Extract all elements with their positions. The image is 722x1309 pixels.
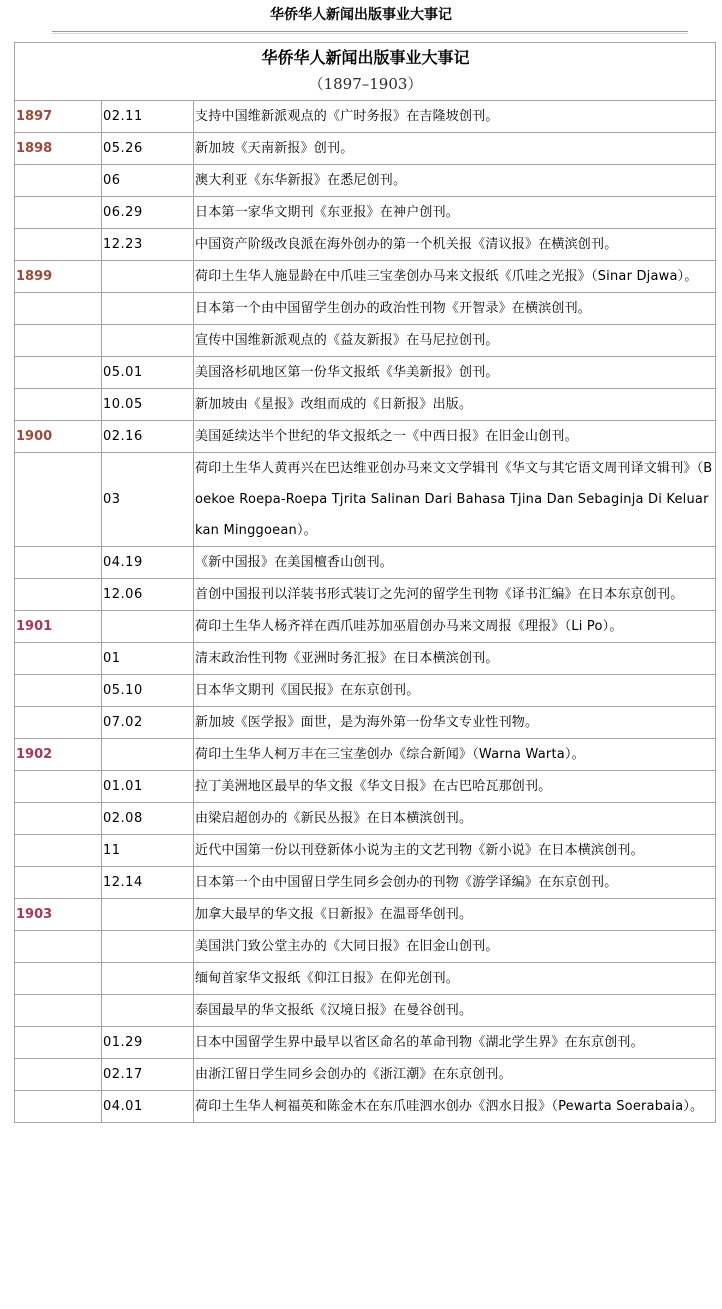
date-cell — [102, 739, 194, 771]
year-cell: 1900 — [15, 421, 102, 453]
event-cell: 日本第一家华文期刊《东亚报》在神户创刊。 — [194, 197, 716, 229]
event-cell: 荷印土生华人柯福英和陈金木在东爪哇泗水创办《泗水日报》（Pewarta Soer… — [194, 1091, 716, 1123]
title-divider — [52, 31, 688, 34]
date-cell: 10.05 — [102, 389, 194, 421]
table-row: 06.29日本第一家华文期刊《东亚报》在神户创刊。 — [15, 197, 716, 229]
date-cell: 06 — [102, 165, 194, 197]
table-row: 04.01荷印土生华人柯福英和陈金木在东爪哇泗水创办《泗水日报》（Pewarta… — [15, 1091, 716, 1123]
year-cell — [15, 453, 102, 547]
date-cell — [102, 995, 194, 1027]
date-cell: 03 — [102, 453, 194, 547]
year-cell — [15, 229, 102, 261]
event-cell: 缅甸首家华文报纸《仰江日报》在仰光创刊。 — [194, 963, 716, 995]
event-cell: 荷印土生华人杨齐祥在西爪哇苏加巫眉创办马来文周报《理报》（Li Po）。 — [194, 611, 716, 643]
date-cell — [102, 261, 194, 293]
year-cell — [15, 1091, 102, 1123]
table-row: 07.02新加坡《医学报》面世，是为海外第一份华文专业性刊物。 — [15, 707, 716, 739]
table-row: 03荷印土生华人黄再兴在巴达维亚创办马来文文学辑刊《华文与其它语文周刊译文辑刊》… — [15, 453, 716, 547]
date-cell — [102, 963, 194, 995]
year-cell — [15, 325, 102, 357]
year-cell — [15, 963, 102, 995]
table-row: 06澳大利亚《东华新报》在悉尼创刊。 — [15, 165, 716, 197]
date-cell: 11 — [102, 835, 194, 867]
event-cell: 由浙江留日学生同乡会创办的《浙江潮》在东京创刊。 — [194, 1059, 716, 1091]
event-cell: 宣传中国维新派观点的《益友新报》在马尼拉创刊。 — [194, 325, 716, 357]
table-row: 泰国最早的华文报纸《汉境日报》在曼谷创刊。 — [15, 995, 716, 1027]
year-cell — [15, 357, 102, 389]
table-header-row: 华侨华人新闻出版事业大事记 （1897–1903） — [15, 43, 716, 101]
date-cell: 05.26 — [102, 133, 194, 165]
year-cell — [15, 867, 102, 899]
year-cell — [15, 803, 102, 835]
table-row: 11近代中国第一份以刊登新体小说为主的文艺刊物《新小说》在日本横滨创刊。 — [15, 835, 716, 867]
event-cell: 美国延续达半个世纪的华文报纸之一《中西日报》在旧金山创刊。 — [194, 421, 716, 453]
date-cell: 05.10 — [102, 675, 194, 707]
table-row: 05.10日本华文期刊《国民报》在东京创刊。 — [15, 675, 716, 707]
table-row: 189702.11支持中国维新派观点的《广时务报》在吉隆坡创刊。 — [15, 101, 716, 133]
event-cell: 清末政治性刊物《亚洲时务汇报》在日本横滨创刊。 — [194, 643, 716, 675]
year-cell: 1903 — [15, 899, 102, 931]
date-cell: 04.01 — [102, 1091, 194, 1123]
chronicle-table: 华侨华人新闻出版事业大事记 （1897–1903） 189702.11支持中国维… — [14, 42, 716, 1123]
event-cell: 新加坡《医学报》面世，是为海外第一份华文专业性刊物。 — [194, 707, 716, 739]
event-cell: 美国洪门致公堂主办的《大同日报》在旧金山创刊。 — [194, 931, 716, 963]
date-cell — [102, 325, 194, 357]
date-cell: 02.16 — [102, 421, 194, 453]
year-cell: 1898 — [15, 133, 102, 165]
table-row: 189805.26新加坡《天南新报》创刊。 — [15, 133, 716, 165]
date-cell — [102, 293, 194, 325]
year-cell — [15, 197, 102, 229]
year-cell — [15, 995, 102, 1027]
date-cell — [102, 899, 194, 931]
date-cell: 12.14 — [102, 867, 194, 899]
event-cell: 由梁启超创办的《新民丛报》在日本横滨创刊。 — [194, 803, 716, 835]
event-cell: 荷印土生华人柯万丰在三宝垄创办《综合新闻》（Warna Warta）。 — [194, 739, 716, 771]
year-cell: 1902 — [15, 739, 102, 771]
event-cell: 荷印土生华人黄再兴在巴达维亚创办马来文文学辑刊《华文与其它语文周刊译文辑刊》（B… — [194, 453, 716, 547]
table-row: 02.08由梁启超创办的《新民丛报》在日本横滨创刊。 — [15, 803, 716, 835]
table-row: 1901荷印土生华人杨齐祥在西爪哇苏加巫眉创办马来文周报《理报》（Li Po）。 — [15, 611, 716, 643]
event-cell: 日本第一个由中国留日学生同乡会创办的刊物《游学译编》在东京创刊。 — [194, 867, 716, 899]
event-cell: 日本华文期刊《国民报》在东京创刊。 — [194, 675, 716, 707]
year-cell — [15, 707, 102, 739]
event-cell: 首创中国报刊以洋装书形式装订之先河的留学生刊物《译书汇编》在日本东京创刊。 — [194, 579, 716, 611]
year-cell — [15, 643, 102, 675]
date-cell: 02.11 — [102, 101, 194, 133]
date-cell: 12.23 — [102, 229, 194, 261]
year-cell — [15, 165, 102, 197]
year-cell: 1901 — [15, 611, 102, 643]
page-title: 华侨华人新闻出版事业大事记 — [0, 5, 722, 25]
table-title: 华侨华人新闻出版事业大事记 — [16, 45, 715, 70]
table-row: 01清末政治性刊物《亚洲时务汇报》在日本横滨创刊。 — [15, 643, 716, 675]
event-cell: 澳大利亚《东华新报》在悉尼创刊。 — [194, 165, 716, 197]
year-cell — [15, 835, 102, 867]
event-cell: 《新中国报》在美国檀香山创刊。 — [194, 547, 716, 579]
event-cell: 日本中国留学生界中最早以省区命名的革命刊物《湖北学生界》在东京创刊。 — [194, 1027, 716, 1059]
event-cell: 近代中国第一份以刊登新体小说为主的文艺刊物《新小说》在日本横滨创刊。 — [194, 835, 716, 867]
table-row: 04.19《新中国报》在美国檀香山创刊。 — [15, 547, 716, 579]
date-cell: 02.08 — [102, 803, 194, 835]
year-cell — [15, 579, 102, 611]
table-row: 12.06首创中国报刊以洋装书形式装订之先河的留学生刊物《译书汇编》在日本东京创… — [15, 579, 716, 611]
date-cell: 02.17 — [102, 1059, 194, 1091]
date-cell: 01 — [102, 643, 194, 675]
event-cell: 泰国最早的华文报纸《汉境日报》在曼谷创刊。 — [194, 995, 716, 1027]
date-cell: 04.19 — [102, 547, 194, 579]
event-cell: 新加坡《天南新报》创刊。 — [194, 133, 716, 165]
date-cell: 12.06 — [102, 579, 194, 611]
table-row: 1902荷印土生华人柯万丰在三宝垄创办《综合新闻》（Warna Warta）。 — [15, 739, 716, 771]
year-cell — [15, 1059, 102, 1091]
event-cell: 中国资产阶级改良派在海外创办的第一个机关报《清议报》在横滨创刊。 — [194, 229, 716, 261]
year-cell — [15, 675, 102, 707]
table-row: 宣传中国维新派观点的《益友新报》在马尼拉创刊。 — [15, 325, 716, 357]
event-cell: 荷印土生华人施显龄在中爪哇三宝垄创办马来文报纸《爪哇之光报》（Sinar Dja… — [194, 261, 716, 293]
table-row: 1899荷印土生华人施显龄在中爪哇三宝垄创办马来文报纸《爪哇之光报》（Sinar… — [15, 261, 716, 293]
table-row: 日本第一个由中国留学生创办的政治性刊物《开智录》在横滨创刊。 — [15, 293, 716, 325]
year-cell — [15, 771, 102, 803]
table-row: 01.01拉丁美洲地区最早的华文报《华文日报》在古巴哈瓦那创刊。 — [15, 771, 716, 803]
event-cell: 新加坡由《星报》改组而成的《日新报》出版。 — [194, 389, 716, 421]
table-row: 190002.16美国延续达半个世纪的华文报纸之一《中西日报》在旧金山创刊。 — [15, 421, 716, 453]
year-cell — [15, 1027, 102, 1059]
table-row: 12.14日本第一个由中国留日学生同乡会创办的刊物《游学译编》在东京创刊。 — [15, 867, 716, 899]
date-cell — [102, 931, 194, 963]
year-cell: 1899 — [15, 261, 102, 293]
date-cell — [102, 611, 194, 643]
event-cell: 加拿大最早的华文报《日新报》在温哥华创刊。 — [194, 899, 716, 931]
event-cell: 拉丁美洲地区最早的华文报《华文日报》在古巴哈瓦那创刊。 — [194, 771, 716, 803]
table-row: 12.23中国资产阶级改良派在海外创办的第一个机关报《清议报》在横滨创刊。 — [15, 229, 716, 261]
table-row: 10.05新加坡由《星报》改组而成的《日新报》出版。 — [15, 389, 716, 421]
date-cell: 01.01 — [102, 771, 194, 803]
table-row: 02.17由浙江留日学生同乡会创办的《浙江潮》在东京创刊。 — [15, 1059, 716, 1091]
table-row: 缅甸首家华文报纸《仰江日报》在仰光创刊。 — [15, 963, 716, 995]
event-cell: 日本第一个由中国留学生创办的政治性刊物《开智录》在横滨创刊。 — [194, 293, 716, 325]
year-cell — [15, 293, 102, 325]
date-cell: 01.29 — [102, 1027, 194, 1059]
year-cell: 1897 — [15, 101, 102, 133]
table-row: 1903加拿大最早的华文报《日新报》在温哥华创刊。 — [15, 899, 716, 931]
table-year-range: （1897–1903） — [16, 70, 715, 98]
date-cell: 05.01 — [102, 357, 194, 389]
table-row: 05.01美国洛杉矶地区第一份华文报纸《华美新报》创刊。 — [15, 357, 716, 389]
table-row: 美国洪门致公堂主办的《大同日报》在旧金山创刊。 — [15, 931, 716, 963]
event-cell: 支持中国维新派观点的《广时务报》在吉隆坡创刊。 — [194, 101, 716, 133]
table-row: 01.29日本中国留学生界中最早以省区命名的革命刊物《湖北学生界》在东京创刊。 — [15, 1027, 716, 1059]
table-header-cell: 华侨华人新闻出版事业大事记 （1897–1903） — [15, 43, 716, 101]
date-cell: 07.02 — [102, 707, 194, 739]
year-cell — [15, 389, 102, 421]
year-cell — [15, 547, 102, 579]
date-cell: 06.29 — [102, 197, 194, 229]
year-cell — [15, 931, 102, 963]
event-cell: 美国洛杉矶地区第一份华文报纸《华美新报》创刊。 — [194, 357, 716, 389]
